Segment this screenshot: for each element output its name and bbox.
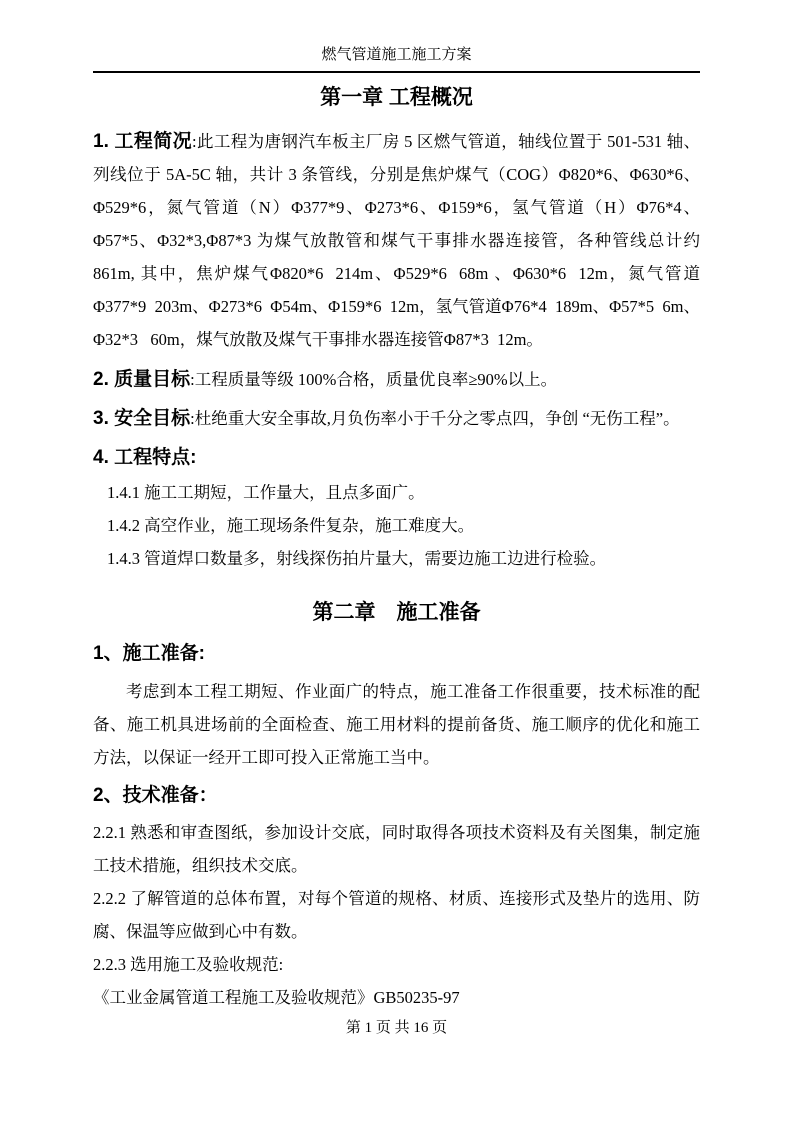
section3-heading: 3. 安全目标: [93, 408, 190, 429]
prep-paragraph: 考虑到本工程工期短、作业面广的特点，施工准备工作很重要，技术标准的配备、施工机具…: [93, 675, 700, 774]
page-header-title: 燃气管道施工施工方案: [321, 47, 471, 63]
section1-heading: 1. 工程简况: [93, 131, 192, 152]
section-project-features: 4. 工程特点:: [93, 441, 700, 474]
section4-heading: 4. 工程特点:: [93, 447, 196, 468]
section2-body: :工程质量等级 100%合格，质量优良率≥90%以上。: [190, 370, 557, 389]
feature-item-3: 1.4.3 管道焊口数量多，射线探伤拍片量大，需要边施工边进行检验。: [107, 542, 700, 575]
section-quality-goal: 2. 质量目标:工程质量等级 100%合格，质量优良率≥90%以上。: [93, 363, 700, 396]
section3-body: :杜绝重大安全事故,月负伤率小于千分之零点四，争创 “无伤工程”。: [190, 409, 679, 428]
page-number-text: 第 1 页 共 16 页: [346, 1020, 447, 1036]
section2-heading: 2. 质量目标: [93, 369, 190, 390]
tech-item-3: 2.2.3 选用施工及验收规范:: [93, 948, 700, 981]
standard-reference: 《工业金属管道工程施工及验收规范》GB50235-97: [93, 981, 700, 1014]
tech-heading: 2、技术准备：: [93, 779, 700, 812]
page-footer: 第 1 页 共 16 页: [93, 1016, 700, 1040]
section-safety-goal: 3. 安全目标:杜绝重大安全事故,月负伤率小于千分之零点四，争创 “无伤工程”。: [93, 402, 700, 435]
feature-item-1: 1.4.1 施工工期短，工作量大，且点多面广。: [107, 476, 700, 509]
prep-heading: 1、施工准备:: [93, 637, 700, 670]
feature-list: 1.4.1 施工工期短，工作量大，且点多面广。 1.4.2 高空作业，施工现场条…: [93, 476, 700, 575]
page-header: 燃气管道施工施工方案: [93, 44, 700, 73]
tech-item-1: 2.2.1 熟悉和审查图纸，参加设计交底，同时取得各项技术资料及有关图集，制定施…: [93, 816, 700, 882]
feature-item-2: 1.4.2 高空作业，施工现场条件复杂，施工难度大。: [107, 509, 700, 542]
chapter2-title: 第二章 施工准备: [93, 599, 700, 627]
section-project-overview: 1. 工程简况:此工程为唐钢汽车板主厂房 5 区燃气管道，轴线位置于 501-5…: [93, 125, 700, 356]
chapter1-title: 第一章 工程概况: [93, 84, 700, 112]
section1-body: :此工程为唐钢汽车板主厂房 5 区燃气管道，轴线位置于 501-531 轴、列线…: [93, 132, 704, 349]
document-page: 燃气管道施工施工方案 第一章 工程概况 1. 工程简况:此工程为唐钢汽车板主厂房…: [0, 0, 793, 1122]
tech-item-2: 2.2.2 了解管道的总体布置，对每个管道的规格、材质、连接形式及垫片的选用、防…: [93, 882, 700, 948]
